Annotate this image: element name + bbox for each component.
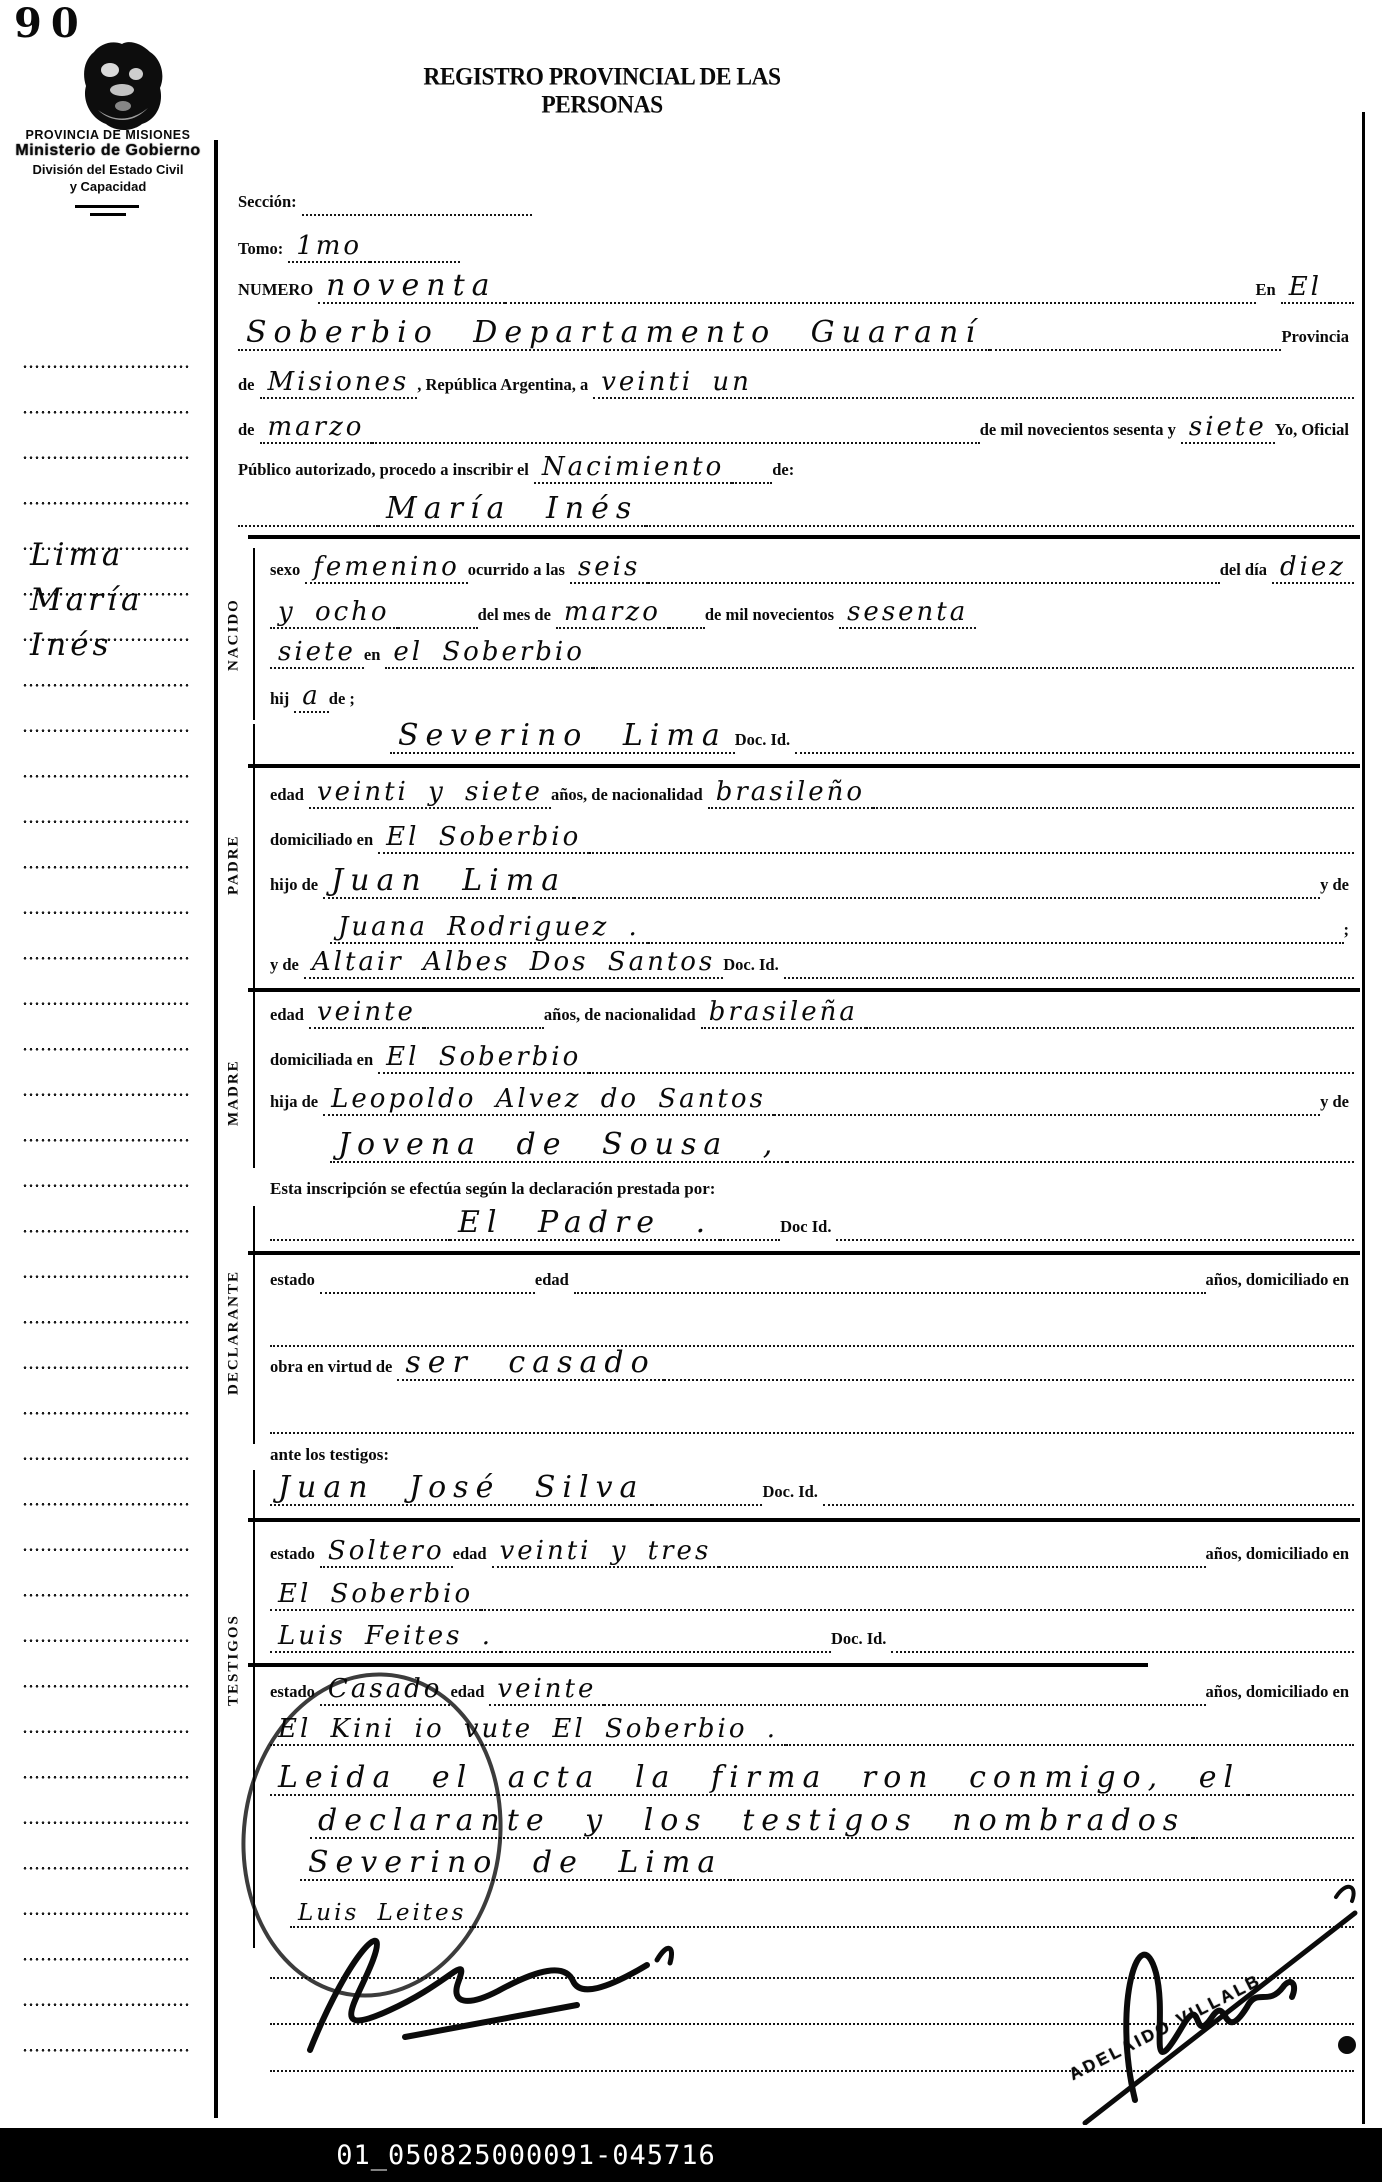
- mother-edad-blank: [424, 1023, 544, 1029]
- witness1-name-row: Juan José Silva Doc. Id.: [270, 1470, 1354, 1506]
- father-domicile-value: El Soberbio: [378, 824, 589, 854]
- tomo-value: 1mo: [288, 233, 370, 263]
- birth-year2-value: siete: [270, 639, 364, 669]
- mother-edad-label: edad: [270, 1005, 309, 1029]
- margin-middlename: Inés: [30, 630, 200, 661]
- sexo-label: sexo: [270, 560, 305, 584]
- en-value: El: [1281, 274, 1330, 304]
- day-blank: [760, 393, 1354, 399]
- signature-scrawl-icon: [255, 1905, 715, 2060]
- hour-value: seis: [570, 554, 648, 584]
- child-name-blank-left: [238, 521, 378, 527]
- witness1-docid-blank: [823, 1500, 1354, 1506]
- closing-line1-blank: [1248, 1790, 1354, 1796]
- place-blank: [990, 345, 1281, 351]
- witness1-edad-blank: [719, 1562, 1205, 1568]
- de2-label: de: [238, 420, 260, 444]
- birth-month-value: marzo: [556, 599, 669, 629]
- father-edad-value: veinti y siete: [309, 779, 551, 809]
- nacido-blank-3: [593, 663, 1354, 669]
- witness1-estado-row: estado Soltero edad veinti y tres años, …: [270, 1532, 1354, 1568]
- witness2-anios-label: años, domiciliado en: [1206, 1682, 1354, 1706]
- numero-label: NUMERO: [238, 280, 318, 304]
- event-blank: [732, 478, 772, 484]
- province-value: Misiones: [260, 369, 418, 399]
- declaration-heading-row: Esta inscripción se efectúa según la dec…: [270, 1166, 1354, 1202]
- mother-name-value: Altair Albes Dos Santos: [304, 949, 723, 979]
- nacido-row-1: sexo femenino ocurrido a las seis del dí…: [270, 548, 1354, 584]
- father-nacionalidad-value: brasileño: [708, 779, 873, 809]
- del-dia-label: del día: [1220, 560, 1272, 584]
- mother-domiciliada-label: domiciliada en: [270, 1050, 378, 1074]
- en-nacido-label: en: [364, 645, 386, 669]
- hij-label: hij: [270, 689, 294, 713]
- official-signature-icon: [1040, 1855, 1370, 2130]
- padre-y-de-label: y de: [1320, 875, 1354, 899]
- mother-dom-blank: [589, 1068, 1354, 1074]
- madre-y-de-label: y de: [270, 955, 304, 979]
- witness1-domicile-value: El Soberbio: [270, 1581, 481, 1611]
- declarant-estado-blank: [320, 1288, 535, 1294]
- de1-label: de: [238, 375, 260, 399]
- father-name-row: Severino Lima Doc. Id.: [270, 718, 1354, 754]
- novecientos-label: de mil novecientos sesenta y: [980, 420, 1181, 444]
- witness1-blank-mid: [652, 1500, 762, 1506]
- month-value: marzo: [260, 414, 373, 444]
- seccion-label: Sección:: [238, 192, 302, 216]
- provincial-seal-icon: [80, 40, 166, 137]
- numero-row: NUMERO noventa En El: [238, 268, 1354, 304]
- mother-name-row: y de Altair Albes Dos Santos Doc. Id.: [270, 943, 1354, 979]
- place-value: Soberbio Departamento Guaraní: [238, 317, 990, 352]
- father-domicile-row: domiciliado en El Soberbio: [270, 818, 1354, 854]
- child-name-blank-right: [646, 521, 1354, 527]
- del-mes-label: del mes de: [478, 605, 556, 629]
- mother-nacionalidad-value: brasileña: [701, 999, 866, 1029]
- footer-code-bar: 01_050825000091-045716: [0, 2128, 1382, 2182]
- seccion-row: Sección:: [238, 180, 1354, 216]
- tomo-row: Tomo: 1mo: [238, 227, 1354, 263]
- grandfather-m-value: Leopoldo Alvez do Santos: [323, 1086, 774, 1116]
- grandmother-m-blank: [787, 1157, 1354, 1163]
- birth-year-value: sesenta: [839, 599, 976, 629]
- mother-edad-value: veinte: [309, 999, 424, 1029]
- provincia-label: Provincia: [1281, 327, 1354, 351]
- father-docid-blank: [795, 748, 1354, 754]
- en-label: En: [1256, 280, 1281, 304]
- father-dom-blank: [589, 848, 1354, 854]
- nacido-row-3: siete en el Soberbio: [270, 633, 1354, 669]
- novecientos-nacido-label: de mil novecientos: [705, 605, 839, 629]
- ante-testigos-row: ante los testigos:: [270, 1432, 1354, 1468]
- witness1-dom-blank: [481, 1605, 1354, 1611]
- republica-label: , República Argentina, a: [417, 375, 593, 399]
- mother-nac-blank: [866, 1023, 1354, 1029]
- mother-domicile-row: domiciliada en El Soberbio: [270, 1038, 1354, 1074]
- father-name-value: Severino Lima: [390, 720, 735, 755]
- letterhead-ministry: Ministerio de Gobierno: [0, 142, 216, 160]
- witness2-edad-blank: [604, 1700, 1205, 1706]
- birth-day-value: diez: [1272, 554, 1354, 584]
- declarant-edad-blank: [574, 1288, 1206, 1294]
- father-edad-label: edad: [270, 785, 309, 809]
- birth-certificate-scan: 90 REGISTRO PROVINCIAL DE LAS PERSONAS P…: [0, 0, 1382, 2182]
- declarant-blank-left: [270, 1235, 450, 1241]
- publico-label: Público autorizado, procedo a inscribir …: [238, 460, 534, 484]
- father-docid-label: Doc. Id.: [735, 730, 795, 754]
- father-nacionalidad-label: años, de nacionalidad: [551, 785, 708, 809]
- letterhead: PROVINCIA DE MISIONES Ministerio de Gobi…: [0, 128, 216, 194]
- declarant-anios-label: años, domiciliado en: [1206, 1270, 1354, 1294]
- witness2-docid-blank: [891, 1647, 1354, 1653]
- main-divider-line: [214, 140, 218, 2118]
- declarant-estado-label: estado: [270, 1270, 320, 1294]
- nacido-row-2: y ocho del mes de marzo de mil novecient…: [270, 593, 1354, 629]
- numero-blank: [505, 298, 1256, 304]
- witness1-estado-label: estado: [270, 1544, 320, 1568]
- grandmother-m-value: Jovena de Sousa ,: [330, 1129, 787, 1164]
- birth-day2-value: y ocho: [270, 599, 398, 629]
- padre-punct: ;: [1344, 920, 1355, 944]
- sexo-value: femenino: [305, 554, 468, 584]
- nacido-blank-2: [669, 623, 705, 629]
- witness1-edad-label: edad: [453, 1544, 492, 1568]
- tomo-label: Tomo:: [238, 239, 288, 263]
- witness2-docid-label: Doc. Id.: [831, 1629, 891, 1653]
- footer-code: 01_050825000091-045716: [336, 2140, 716, 2171]
- grandfather-m-blank: [774, 1110, 1320, 1116]
- mother-mother-row: Jovena de Sousa ,: [270, 1127, 1354, 1163]
- witness2-dom-blank: [786, 1740, 1354, 1746]
- hij-de-label: de ;: [329, 689, 360, 713]
- witness2-edad-value: veinte: [489, 1676, 604, 1706]
- declarant-docid-blank: [836, 1235, 1354, 1241]
- declarant-value: El Padre .: [450, 1207, 720, 1242]
- province-row: de Misiones , República Argentina, a vei…: [238, 363, 1354, 399]
- hij-fill-value: a: [294, 683, 329, 713]
- hija-de-label: hija de: [270, 1092, 323, 1116]
- hour-blank: [648, 578, 1219, 584]
- witness1-estado-value: Soltero: [320, 1538, 453, 1568]
- letterhead-province: PROVINCIA DE MISIONES: [0, 128, 216, 142]
- seccion-blank: [302, 210, 532, 216]
- grandfather-p-value: Juan Lima: [323, 865, 574, 900]
- witness2-blank-mid: [501, 1647, 831, 1653]
- obra-blank: [664, 1375, 1354, 1381]
- date-row: de marzo de mil novecientos sesenta y si…: [238, 408, 1354, 444]
- de3-label: de:: [772, 460, 799, 484]
- father-nac-blank: [873, 803, 1354, 809]
- mother-parents-row: hija de Leopoldo Alvez do Santos y de: [270, 1080, 1354, 1116]
- right-border-line: [1362, 112, 1365, 2124]
- ocurrido-label: ocurrido a las: [468, 560, 570, 584]
- mother-age-row: edad veinte años, de nacionalidad brasil…: [270, 993, 1354, 1029]
- letterhead-division-2: y Capacidad: [0, 179, 216, 194]
- father-mother-row: Juana Rodriguez . ;: [270, 908, 1354, 944]
- obra-label: obra en virtud de: [270, 1357, 397, 1381]
- father-age-row: edad veinti y siete años, de nacionalida…: [270, 773, 1354, 809]
- child-name-row: María Inés: [238, 491, 1354, 527]
- en-blank: [1330, 298, 1354, 304]
- witness1-docid-label: Doc. Id.: [762, 1482, 822, 1506]
- letterhead-division-1: División del Estado Civil: [0, 162, 216, 177]
- declarant-obra-row: obra en virtud de ser casado: [270, 1345, 1354, 1381]
- declarant-estado-row: estado edad años, domiciliado en: [270, 1258, 1354, 1294]
- obra-value: ser casado: [397, 1347, 663, 1382]
- witness2-edad-label: edad: [450, 1682, 489, 1706]
- child-name-value: María Inés: [378, 493, 646, 528]
- day-value: veinti un: [593, 369, 760, 399]
- month-blank: [372, 438, 979, 444]
- closing-line2-blank: [1193, 1833, 1354, 1839]
- event-value: Nacimiento: [534, 454, 732, 484]
- letterhead-divider-2: [90, 213, 126, 216]
- mother-nacionalidad-label: años, de nacionalidad: [544, 1005, 701, 1029]
- father-domiciliado-label: domiciliado en: [270, 830, 378, 854]
- year-value: siete: [1181, 414, 1275, 444]
- grandmother-p-value: Juana Rodriguez .: [330, 914, 648, 944]
- declarant-name-row: El Padre . Doc Id.: [270, 1205, 1354, 1241]
- ante-testigos-label: ante los testigos:: [270, 1444, 394, 1468]
- witness1-anios-label: años, domiciliado en: [1206, 1544, 1354, 1568]
- witness1-name-value: Juan José Silva: [270, 1472, 652, 1507]
- page-number: 90: [14, 0, 88, 47]
- place-row: Soberbio Departamento Guaraní Provincia: [238, 315, 1354, 351]
- mother-docid-label: Doc. Id.: [723, 955, 783, 979]
- hijo-de-row: hij a de ;: [270, 677, 1354, 713]
- witness2-name-row: Luis Feites . Doc. Id.: [270, 1617, 1354, 1653]
- margin-surname: Lima: [30, 540, 200, 571]
- nacido-blank-1: [398, 623, 478, 629]
- numero-value: noventa: [318, 270, 504, 305]
- mother-docid-blank: [784, 973, 1354, 979]
- grandfather-p-blank: [574, 893, 1320, 899]
- event-row: Público autorizado, procedo a inscribir …: [238, 448, 1354, 484]
- witness2-name-value: Luis Feites .: [270, 1623, 501, 1653]
- madre-y-de2-label: y de: [1320, 1092, 1354, 1116]
- declaration-heading: Esta inscripción se efectúa según la dec…: [270, 1178, 720, 1202]
- yo-oficial-label: Yo, Oficial: [1275, 420, 1354, 444]
- tomo-blank: [370, 257, 460, 263]
- hijo-de-label: hijo de: [270, 875, 323, 899]
- witness1-edad-value: veinti y tres: [492, 1538, 720, 1568]
- mother-domicile-value: El Soberbio: [378, 1044, 589, 1074]
- declarant-docid-label: Doc Id.: [780, 1217, 836, 1241]
- witness1-domicile-row: El Soberbio: [270, 1575, 1354, 1611]
- margin-firstname: María: [30, 585, 200, 616]
- birth-place-value: el Soberbio: [385, 639, 593, 669]
- father-parents-row: hijo de Juan Lima y de: [270, 863, 1354, 899]
- declarant-blank-mid: [720, 1235, 780, 1241]
- declarant-edad-label: edad: [535, 1270, 574, 1294]
